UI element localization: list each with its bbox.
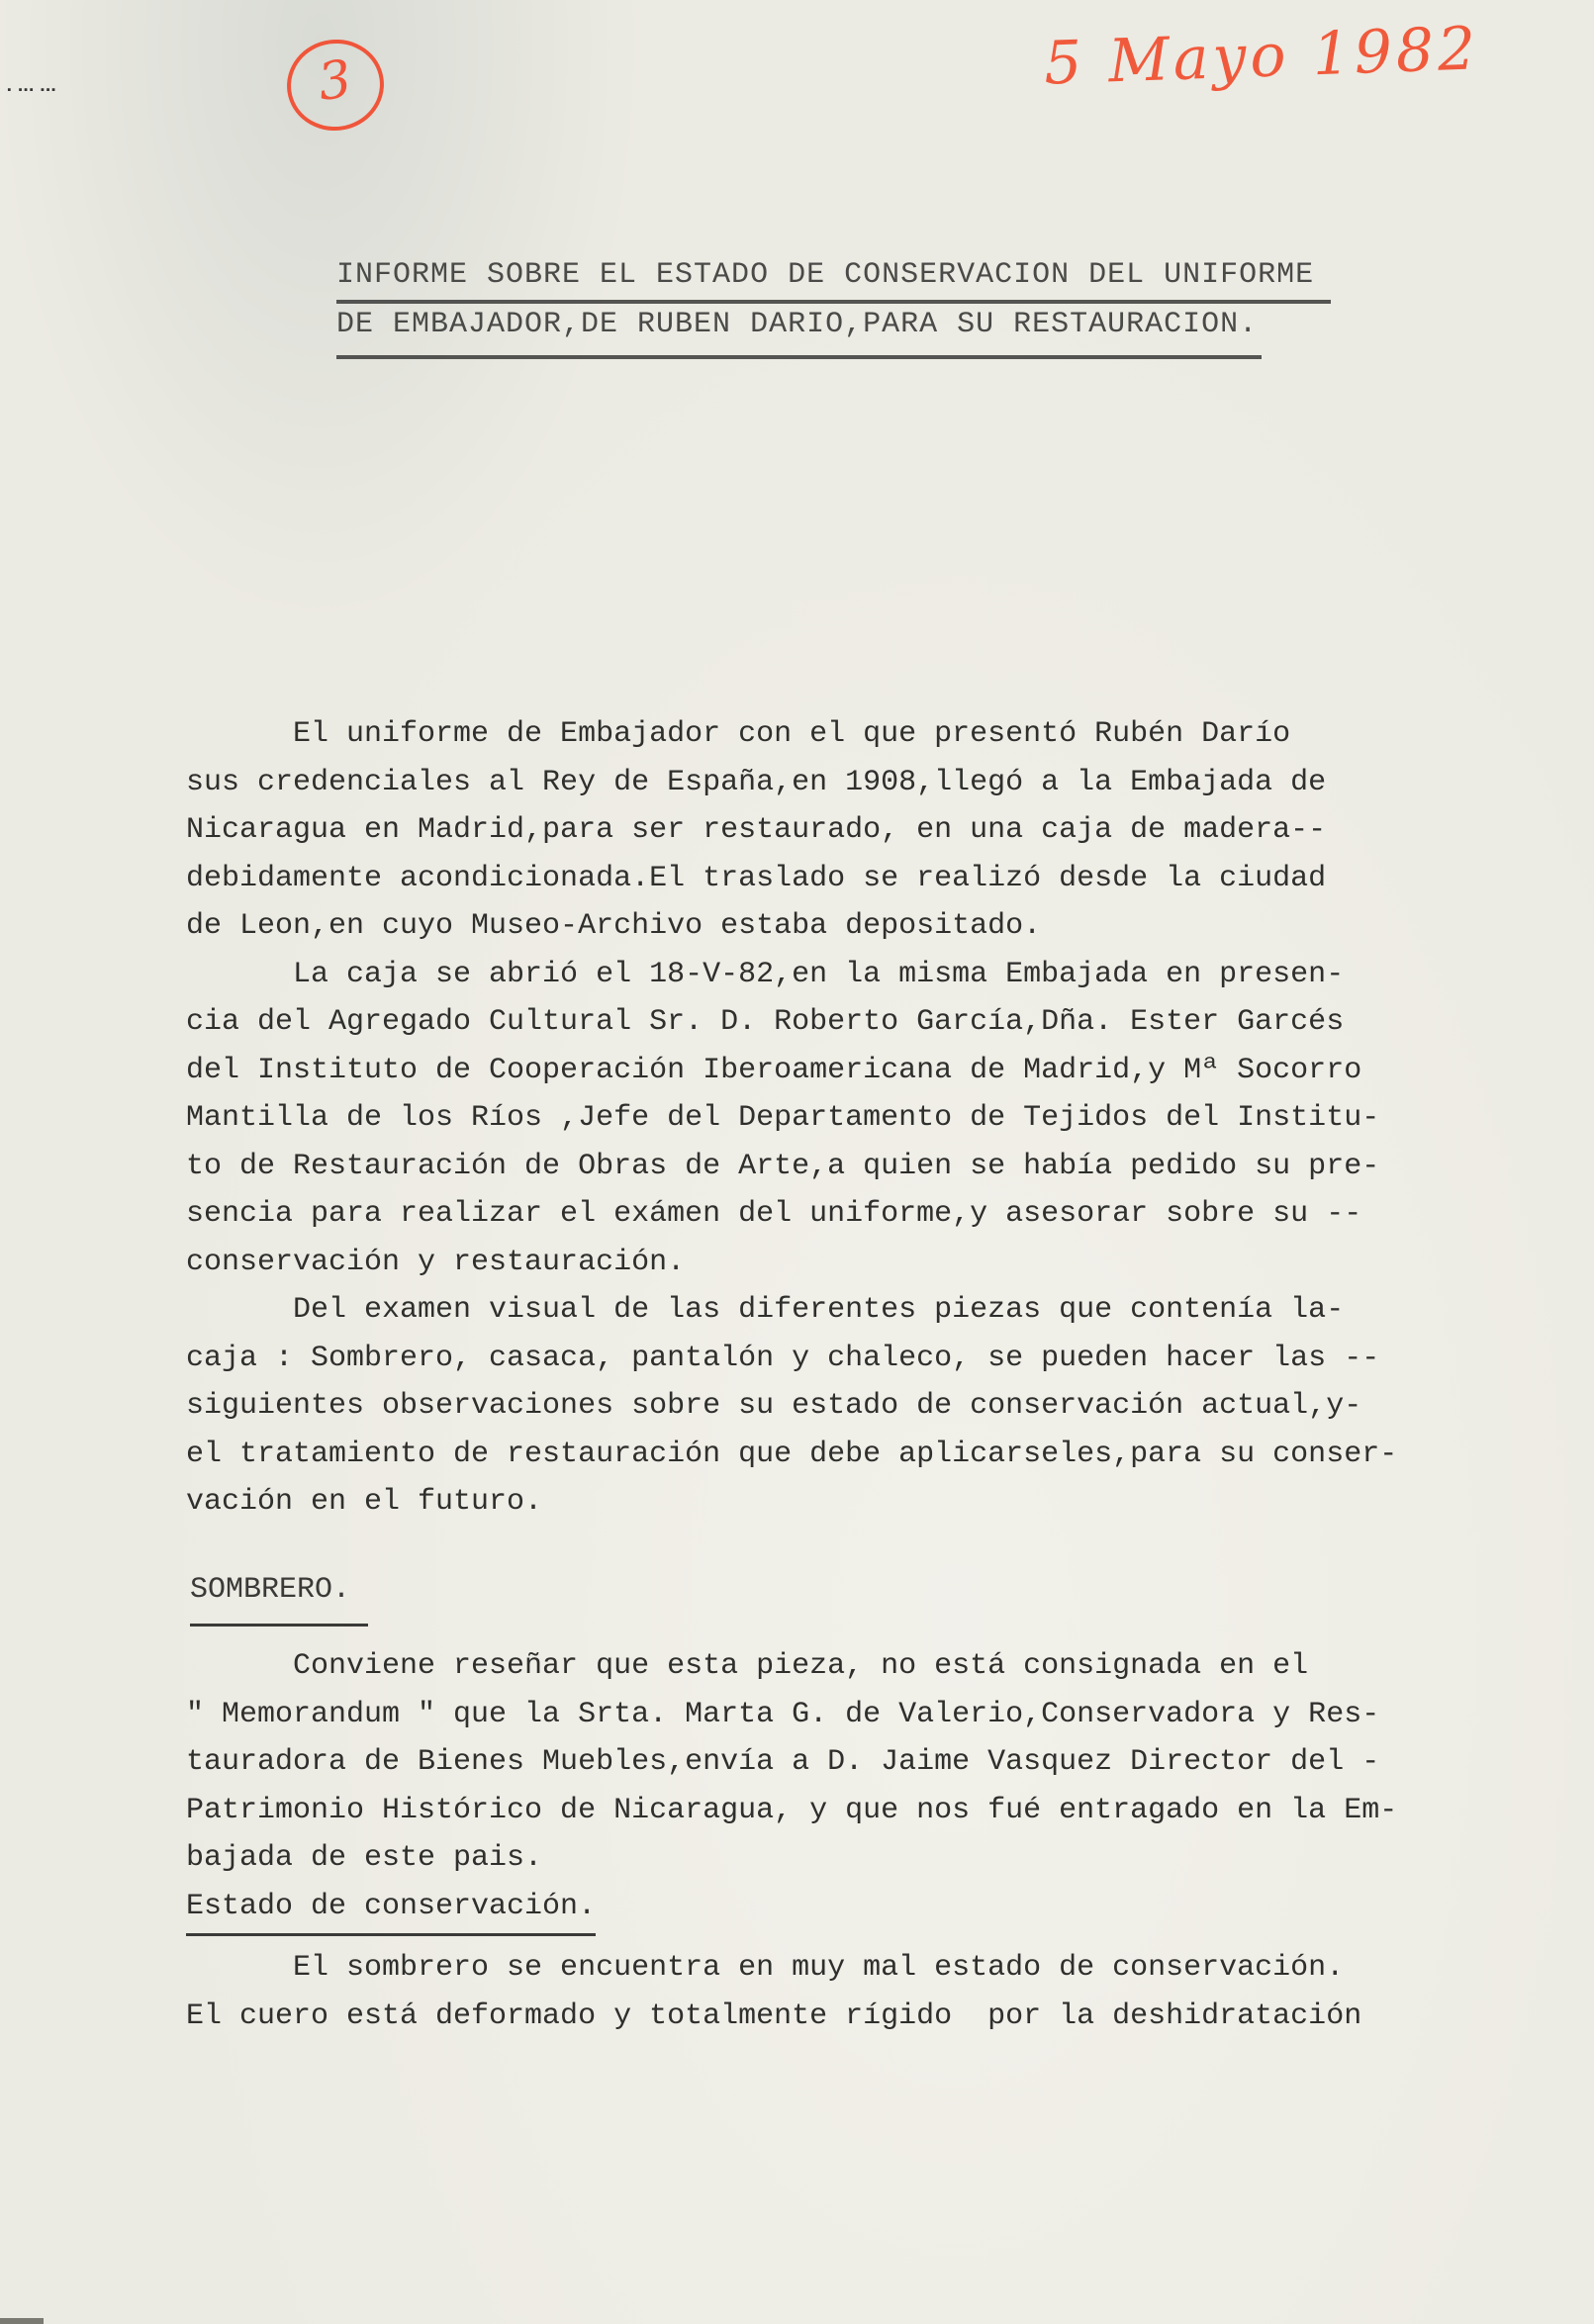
text-line: el tratamiento de restauración que debe … xyxy=(186,1431,1512,1479)
margin-mark: ▪ ▪▪▪ ▪▪▪ xyxy=(6,85,55,97)
text-line: Patrimonio Histórico de Nicaragua, y que… xyxy=(186,1787,1522,1835)
text-line: del Instituto de Cooperación Iberoameric… xyxy=(186,1047,1512,1095)
text-line: Mantilla de los Ríos ,Jefe del Departame… xyxy=(186,1094,1512,1143)
conservation-state-paragraph: El sombrero se encuentra en muy mal esta… xyxy=(186,1944,1522,2040)
text-line: sencia para realizar el exámen del unifo… xyxy=(186,1190,1512,1239)
text-line: caja : Sombrero, casaca, pantalón y chal… xyxy=(186,1335,1512,1383)
text-line: tauradora de Bienes Muebles,envía a D. J… xyxy=(186,1738,1522,1787)
text-line: Nicaragua en Madrid,para ser restaurado,… xyxy=(186,806,1512,855)
section-heading-sombrero: SOMBRERO. xyxy=(190,1573,350,1628)
handwritten-date: 5 Mayo 1982 xyxy=(1043,14,1480,98)
text-line: debidamente acondicionada.El traslado se… xyxy=(186,855,1512,903)
text-line: Del examen visual de las diferentes piez… xyxy=(186,1286,1512,1335)
text-line: La caja se abrió el 18-V-82,en la misma … xyxy=(186,951,1512,999)
text-line: vación en el futuro. xyxy=(186,1478,1512,1527)
text-line: " Memorandum " que la Srta. Marta G. de … xyxy=(186,1691,1522,1739)
subheading-estado-conservacion: Estado de conservación. xyxy=(186,1883,596,1937)
text-line: de Leon,en cuyo Museo-Archivo estaba dep… xyxy=(186,902,1512,951)
text-line: El uniforme de Embajador con el que pres… xyxy=(186,710,1512,759)
text-line: Conviene reseñar que esta pieza, no está… xyxy=(186,1642,1522,1691)
text-line: conservación y restauración. xyxy=(186,1239,1512,1287)
page-edge-mark xyxy=(0,2318,44,2324)
document-page: ▪ ▪▪▪ ▪▪▪ 3 5 Mayo 1982 INFORME SOBRE EL… xyxy=(0,0,1594,2324)
sombrero-paragraph: Conviene reseñar que esta pieza, no está… xyxy=(186,1642,1522,1936)
text-line: El cuero está deformado y totalmente ríg… xyxy=(186,1993,1522,2041)
page-number: 3 xyxy=(287,46,383,117)
title-line-2: DE EMBAJADOR,DE RUBEN DARIO,PARA SU REST… xyxy=(336,302,1336,351)
intro-paragraphs: El uniforme de Embajador con el que pres… xyxy=(186,710,1512,1527)
title-line-1: INFORME SOBRE EL ESTADO DE CONSERVACION … xyxy=(336,252,1336,302)
text-line: cia del Agregado Cultural Sr. D. Roberto… xyxy=(186,998,1512,1047)
text-line: bajada de este pais. xyxy=(186,1834,1522,1883)
text-line: siguientes observaciones sobre su estado… xyxy=(186,1382,1512,1431)
text-line: El sombrero se encuentra en muy mal esta… xyxy=(186,1944,1522,1993)
text-line: sus credenciales al Rey de España,en 190… xyxy=(186,759,1512,807)
section-heading-text: SOMBRERO. xyxy=(190,1573,350,1628)
document-title: INFORME SOBRE EL ESTADO DE CONSERVACION … xyxy=(336,252,1336,351)
text-line: to de Restauración de Obras de Arte,a qu… xyxy=(186,1143,1512,1191)
circled-page-number: 3 xyxy=(281,34,390,138)
